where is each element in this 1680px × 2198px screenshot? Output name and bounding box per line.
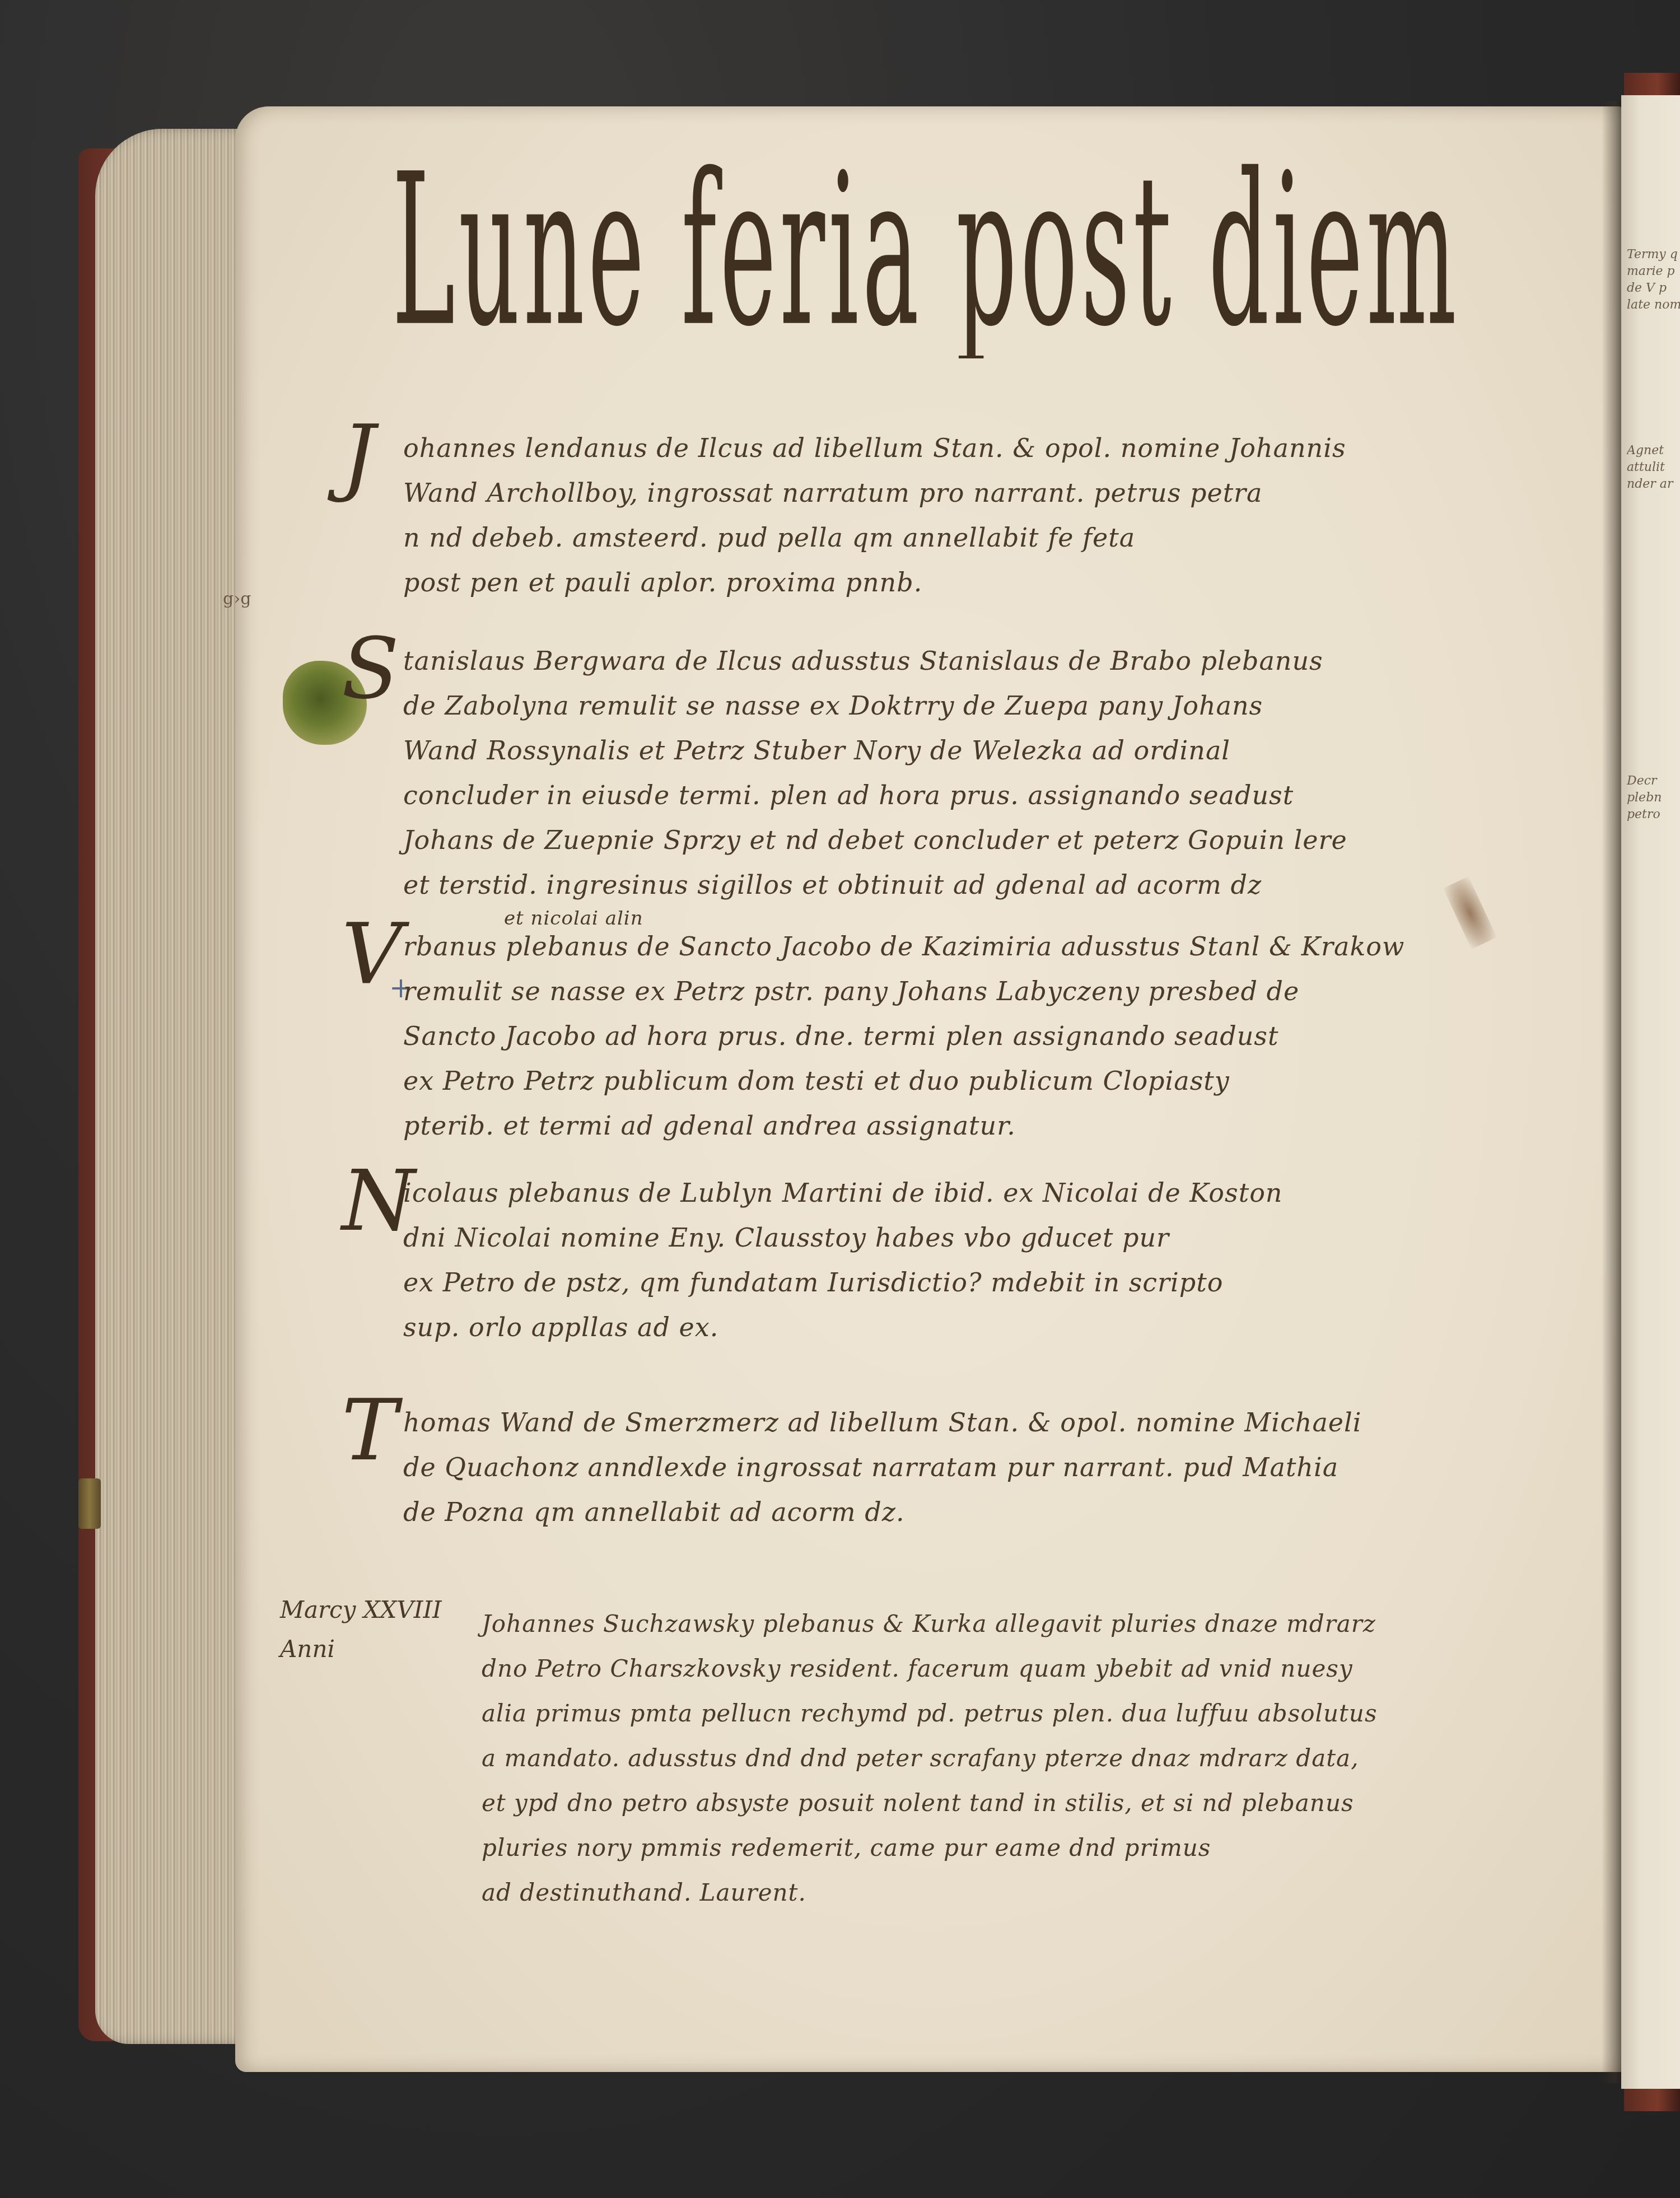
entry-line: de Zabolyna remulit se nasse ex Doktrry … — [403, 683, 1579, 728]
entry-line: ohannes lendanus de Ilcus ad libellum St… — [403, 426, 1579, 470]
page-heading: Lune feria post diem Ladislai — [392, 146, 1456, 358]
entry-line: et terstid. ingresinus sigillos et obtin… — [403, 862, 1579, 907]
entry-line: icolaus plebanus de Lublyn Martini de ib… — [403, 1170, 1579, 1215]
facing-line: Termy q — [1627, 246, 1680, 263]
entry-line: ex Petro de pstz, qm fundatam Iurisdicti… — [403, 1260, 1579, 1305]
facing-line: attulit — [1627, 459, 1680, 476]
book-clasp — [78, 1478, 101, 1529]
entry-initial: N — [342, 1159, 415, 1243]
entry-line: pluries nory pmmis redemerit, came pur e… — [482, 1826, 1579, 1870]
facing-line: late nom — [1627, 297, 1680, 314]
entry-line: Wand Rossynalis et Petrz Stuber Nory de … — [403, 728, 1579, 773]
entry-line: a mandato. adusstus dnd dnd peter scrafa… — [482, 1736, 1579, 1781]
page-fore-edges — [95, 129, 258, 2044]
entry-line: Wand Archollboy, ingrossat narratum pro … — [403, 470, 1579, 515]
facing-page-note: Decr plebn petro — [1627, 773, 1680, 823]
record-entry-5: T homas Wand de Smerzmerz ad libellum St… — [403, 1400, 1579, 1534]
facing-page-note: Termy q marie p de V p late nom — [1627, 246, 1680, 314]
entry-line: n nd debeb. amsteerd. pud pella qm annel… — [403, 515, 1579, 560]
entry-line: dni Nicolai nomine Eny. Clausstoy habes … — [403, 1215, 1579, 1260]
entry-line: sup. orlo appllas ad ex. — [403, 1305, 1579, 1350]
entry-line: tanislaus Bergwara de Ilcus adusstus Sta… — [403, 638, 1579, 683]
facing-line: nder ar — [1627, 476, 1680, 493]
entry-line: Sancto Jacobo ad hora prus. dne. termi p… — [403, 1014, 1579, 1058]
entry-initial: J — [342, 414, 375, 498]
facing-page-note: Agnet attulit nder ar — [1627, 442, 1680, 493]
entry-line: rbanus plebanus de Sancto Jacobo de Kazi… — [403, 924, 1579, 969]
entry-line: ad destinuthand. Laurent. — [482, 1870, 1579, 1915]
entry-initial: S — [342, 627, 399, 711]
facing-line: plebn — [1627, 790, 1680, 806]
gutter-shadow — [1602, 101, 1624, 2083]
entry-initial: T — [342, 1389, 398, 1473]
record-entry-1: J ohannes lendanus de Ilcus ad libellum … — [403, 426, 1579, 605]
entry-line: remulit se nasse ex Petrz pstr. pany Joh… — [403, 969, 1579, 1014]
entry-line: pterib. et termi ad gdenal andrea assign… — [403, 1103, 1579, 1148]
entry-line: dno Petro Charszkovsky resident. facerum… — [482, 1646, 1579, 1691]
entry-line: de Pozna qm annellabit ad acorm dz. — [403, 1490, 1579, 1534]
facing-line: marie p — [1627, 263, 1680, 280]
entry-line: homas Wand de Smerzmerz ad libellum Stan… — [403, 1400, 1579, 1445]
entry-line: et ypd dno petro absyste posuit nolent t… — [482, 1781, 1579, 1826]
record-entry-2: S tanislaus Bergwara de Ilcus adusstus S… — [403, 638, 1579, 930]
record-entry-6: Johannes Suchzawsky plebanus & Kurka all… — [482, 1602, 1579, 1915]
record-entry-4: N icolaus plebanus de Lublyn Martini de … — [403, 1170, 1579, 1350]
heading-text: Lune feria post diem Ladislai — [392, 146, 1456, 358]
margin-date-note: Marcy XXVIII Anni — [280, 1590, 442, 1669]
margin-note-line: Anni — [280, 1630, 442, 1669]
left-margin-marks: g›g — [223, 588, 251, 610]
entry-line: Johans de Zuepnie Sprzy et nd debet conc… — [403, 818, 1579, 862]
facing-line: Agnet — [1627, 442, 1680, 459]
facing-line: Decr — [1627, 773, 1680, 790]
facing-page — [1621, 95, 1680, 2089]
record-entry-3: V rbanus plebanus de Sancto Jacobo de Ka… — [403, 924, 1579, 1148]
entry-line: Johannes Suchzawsky plebanus & Kurka all… — [482, 1602, 1579, 1646]
entry-line: post pen et pauli aplor. proxima pnnb. — [403, 560, 1579, 605]
facing-line: de V p — [1627, 280, 1680, 297]
margin-note-line: Marcy XXVIII — [280, 1590, 442, 1630]
entry-line: concluder in eiusde termi. plen ad hora … — [403, 773, 1579, 818]
entry-line: alia primus pmta pellucn rechymd pd. pet… — [482, 1691, 1579, 1736]
entry-line: ex Petro Petrz publicum dom testi et duo… — [403, 1058, 1579, 1103]
entry-initial: V — [342, 913, 402, 997]
facing-line: petro — [1627, 806, 1680, 823]
entry-line: de Quachonz anndlexde ingrossat narratam… — [403, 1445, 1579, 1490]
